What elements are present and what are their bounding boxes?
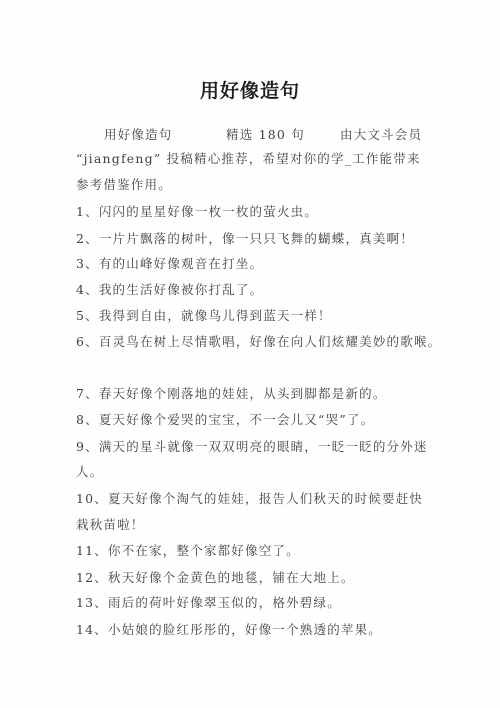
sentence-12: 12、秋天好像个金黄色的地毯，铺在大地上。: [76, 570, 355, 586]
intro-author: 由大文斗会员: [340, 125, 422, 143]
intro-count: 精选 180 句: [226, 125, 305, 143]
document-title: 用好像造句: [0, 76, 500, 103]
sentence-5: 5、我得到自由，就像鸟儿得到蓝天一样！: [76, 308, 332, 324]
intro-topic: 用好像造句: [104, 125, 173, 143]
intro-line-2: “jiangfeng” 投稿精心推荐，希望对你的学_工作能带来: [76, 151, 421, 167]
sentence-9: 9、满天的星斗就像一双双明亮的眼睛，一眨一眨的分外迷: [76, 439, 428, 455]
intro-line-3: 参考借鉴作用。: [76, 177, 172, 193]
sentence-11: 11、你不在家，整个家都好像空了。: [76, 543, 300, 559]
sentence-10: 10、夏天好像个淘气的娃娃，报告人们秋天的时候要赶快: [76, 491, 423, 507]
sentence-7: 7、春天好像个刚落地的娃娃，从头到脚都是新的。: [76, 386, 387, 402]
sentence-10-continued: 栽秋苗啦！: [76, 517, 145, 533]
sentence-6: 6、百灵鸟在树上尽情歌唱，好像在向人们炫耀美妙的歌喉。: [76, 334, 441, 350]
sentence-14: 14、小姑娘的脸红彤彤的，好像一个熟透的苹果。: [76, 622, 382, 638]
sentence-2: 2、一片片飘落的树叶，像一只只飞舞的蝴蝶，真美啊！: [76, 231, 414, 247]
sentence-13: 13、雨后的荷叶好像翠玉似的，格外碧绿。: [76, 595, 341, 611]
sentence-9-continued: 人。: [76, 464, 103, 480]
sentence-4: 4、我的生活好像被你打乱了。: [76, 282, 263, 298]
sentence-1: 1、闪闪的星星好像一枚一枚的萤火虫。: [76, 204, 318, 220]
sentence-3: 3、有的山峰好像观音在打坐。: [76, 256, 263, 272]
document-page: 用好像造句 用好像造句 精选 180 句 由大文斗会员 “jiangfeng” …: [0, 0, 500, 708]
sentence-8: 8、夏天好像个爱哭的宝宝，不一会儿又“哭”了。: [76, 412, 374, 428]
